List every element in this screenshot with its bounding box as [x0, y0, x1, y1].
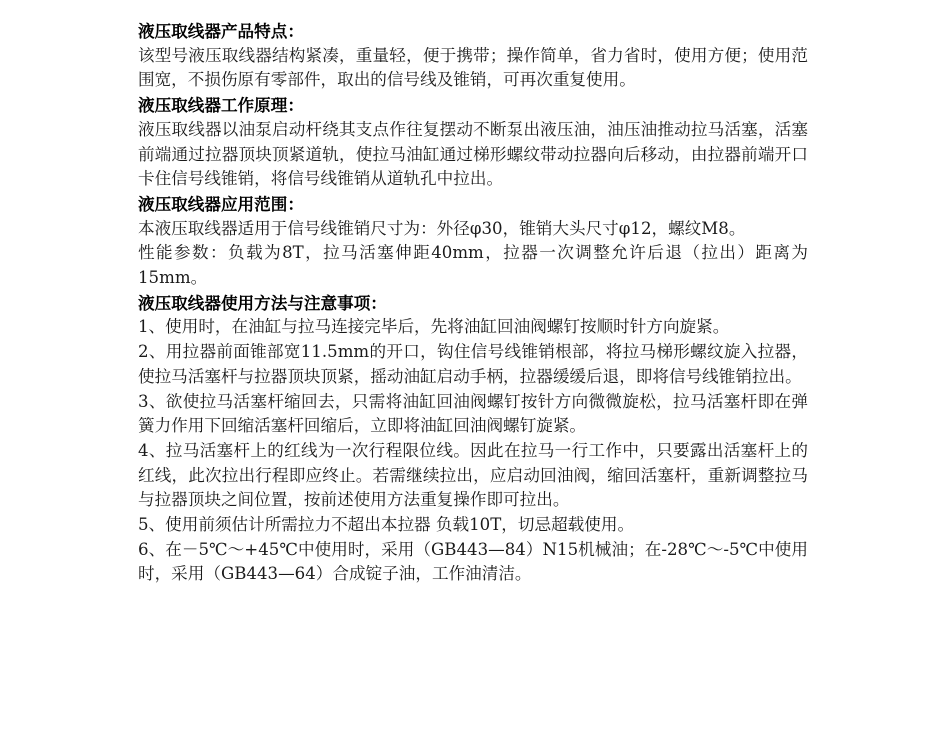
performance-parameters-paragraph: 性能参数：负载为8T，拉马活塞伸距40mm，拉器一次调整允许后退（拉出）距离为1…: [138, 241, 808, 290]
scope-paragraph: 本液压取线器适用于信号线锥销尺寸为：外径φ30，锥销大头尺寸φ12，螺纹M8。: [138, 217, 808, 242]
features-paragraph: 该型号液压取线器结构紧凑，重量轻，便于携带；操作简单，省力省时，使用方便；使用范…: [138, 44, 808, 93]
usage-item-2: 2、用拉器前面锥部宽11.5mm的开口，钩住信号线锥销根部，将拉马梯形螺纹旋入拉…: [138, 340, 808, 389]
usage-item-6: 6、在－5℃～+45℃中使用时，采用（GB443—84）N15机械油；在-28℃…: [138, 538, 808, 587]
usage-item-3: 3、欲使拉马活塞杆缩回去，只需将油缸回油阀螺钉按针方向微微旋松，拉马活塞杆即在弹…: [138, 390, 808, 439]
section-heading-scope: 液压取线器应用范围：: [138, 192, 808, 217]
section-heading-principle: 液压取线器工作原理：: [138, 93, 808, 118]
document-body: 液压取线器产品特点： 该型号液压取线器结构紧凑，重量轻，便于携带；操作简单，省力…: [138, 19, 808, 587]
section-heading-usage: 液压取线器使用方法与注意事项：: [138, 291, 808, 316]
section-heading-features: 液压取线器产品特点：: [138, 19, 808, 44]
principle-paragraph: 液压取线器以油泵启动杆绕其支点作往复摆动不断泵出液压油，油压油推动拉马活塞，活塞…: [138, 118, 808, 192]
usage-item-4: 4、拉马活塞杆上的红线为一次行程限位线。因此在拉马一行工作中，只要露出活塞杆上的…: [138, 439, 808, 513]
usage-item-1: 1、使用时，在油缸与拉马连接完毕后，先将油缸回油阀螺钉按顺时针方向旋紧。: [138, 315, 808, 340]
usage-item-5: 5、使用前须估计所需拉力不超出本拉器 负载10T，切忌超载使用。: [138, 513, 808, 538]
